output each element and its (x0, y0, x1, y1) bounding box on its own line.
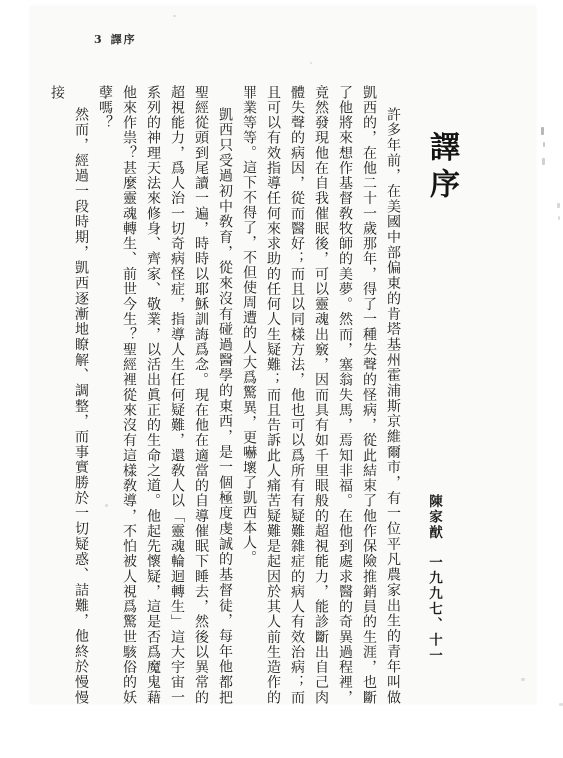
scan-speck (541, 127, 544, 135)
scan-speck (557, 203, 560, 208)
scan-speck (558, 216, 560, 220)
author-name: 陳家猷 (426, 494, 442, 541)
scan-speck (521, 678, 525, 681)
scan-speck (543, 142, 545, 147)
scan-speck (559, 703, 563, 706)
paragraph-2: 凱西只受過初中敎育，從來沒有碰過醫學的東西，是一個極度虔誠的基督徒，每年他都把聖… (93, 85, 237, 705)
byline: 陳家猷一九九七、十一 (424, 494, 444, 694)
paragraph-3: 然而，經過一段時期，凱西逐漸地瞭解、調整，而事實勝於一切疑惑、詰難，他終於慢慢接 (45, 85, 93, 705)
date: 一九九七、十一 (426, 555, 442, 664)
scan-speck (310, 62, 312, 64)
preface-body: 許多年前，在美國中部偏東的肯塔基州霍浦斯京維爾市，有一位平凡農家出生的青年叫做凱… (88, 85, 405, 705)
page-title: 譯序 (419, 131, 463, 205)
running-title: 譯序 (111, 31, 137, 47)
running-header: 3 譯序 (94, 31, 137, 47)
scan-speck (173, 15, 176, 17)
book-page: 3 譯序 譯序 陳家猷一九九七、十一 許多年前，在美國中部偏東的肯塔基州霍浦斯京… (30, 6, 536, 704)
paragraph-1: 許多年前，在美國中部偏東的肯塔基州霍浦斯京維爾市，有一位平凡農家出生的青年叫做凱… (237, 85, 405, 705)
screenshot-canvas: 3 譯序 譯序 陳家猷一九九七、十一 許多年前，在美國中部偏東的肯塔基州霍浦斯京… (0, 0, 563, 758)
scan-speck (542, 158, 545, 165)
scan-speck (105, 504, 108, 507)
page-number: 3 (94, 33, 102, 46)
